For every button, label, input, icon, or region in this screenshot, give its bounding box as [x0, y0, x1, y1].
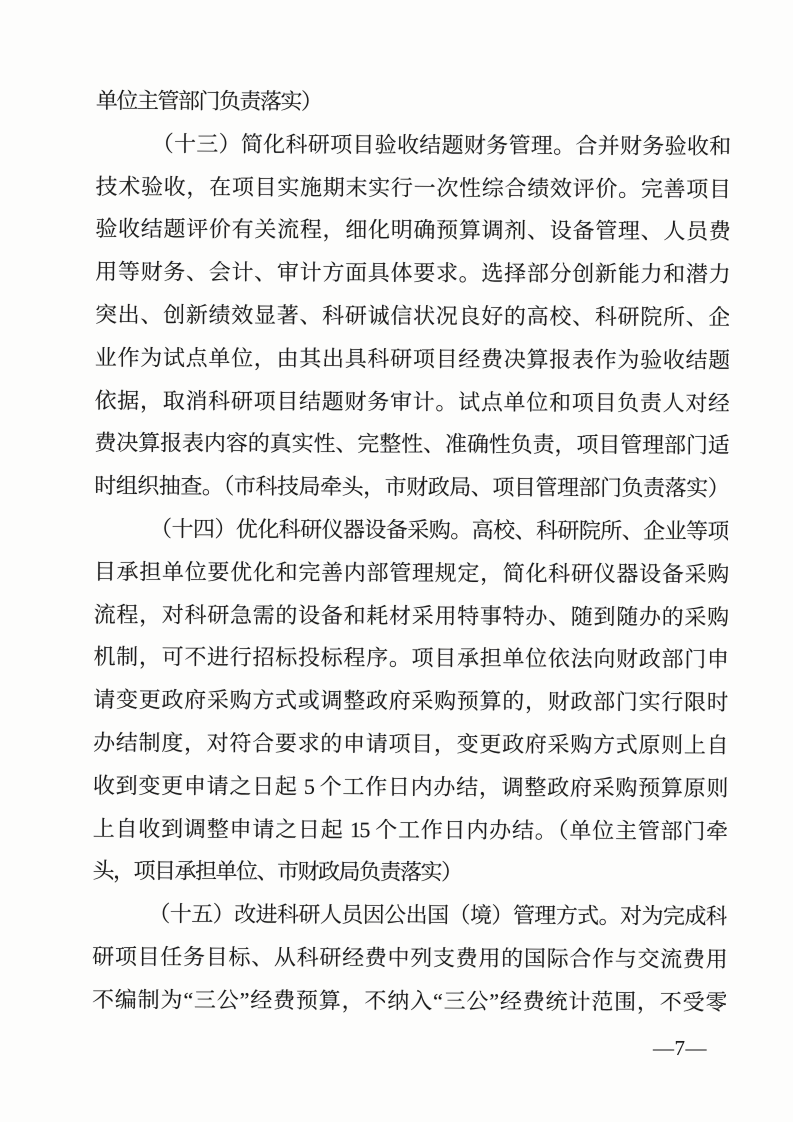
text-line: 请变更政府采购方式或调整政府采购预算的，财政部门实行限时: [93, 679, 727, 725]
page-number: —7—: [653, 1036, 707, 1061]
text-line: 办结制度，对符合要求的申请项目，变更政府采购方式原则上自: [93, 722, 727, 768]
text-line: 研项目任务目标、从科研经费中列支费用的国际合作与交流费用: [92, 936, 726, 982]
text-line: （十三）简化科研项目验收结题财务管理。合并财务验收和: [96, 123, 730, 169]
text-line: 单位主管部门负责落实）: [96, 80, 730, 126]
text-line: 突出、创新绩效显著、科研诚信状况良好的高校、科研院所、企: [95, 294, 729, 340]
text-line: 目承担单位要优化和完善内部管理规定，简化科研仪器设备采购: [94, 551, 728, 597]
text-line: 收到变更申请之日起 5 个工作日内办结，调整政府采购预算原则: [93, 765, 727, 811]
document-page: 单位主管部门负责落实） （十三）简化科研项目验收结题财务管理。合并财务验收和 技…: [0, 0, 793, 1122]
text-line: 依据，取消科研项目结题财务审计。试点单位和项目负责人对经: [95, 380, 729, 426]
text-line: （十五）改进科研人员因公出国（境）管理方式。对为完成科: [92, 893, 726, 939]
text-line: （十四）优化科研仪器设备采购。高校、科研院所、企业等项: [94, 508, 728, 554]
text-line: 技术验收，在项目实施期末实行一次性综合绩效评价。完善项目: [95, 166, 729, 212]
text-line: 用等财务、会计、审计方面具体要求。选择部分创新能力和潜力: [95, 251, 729, 297]
text-line: 流程，对科研急需的设备和耗材采用特事特办、随到随办的采购: [94, 594, 728, 640]
text-line: 验收结题评价有关流程，细化明确预算调剂、设备管理、人员费: [95, 208, 729, 254]
document-text-block: 单位主管部门负责落实） （十三）简化科研项目验收结题财务管理。合并财务验收和 技…: [92, 80, 730, 1024]
text-line: 费决算报表内容的真实性、完整性、准确性负责，项目管理部门适: [94, 422, 728, 468]
text-line: 不编制为“三公”经费预算，不纳入“三公”经费统计范围，不受零: [92, 979, 726, 1025]
text-line: 时组织抽查。（市科技局牵头，市财政局、项目管理部门负责落实）: [94, 465, 728, 511]
text-line: 上自收到调整申请之日起 15 个工作日内办结。（单位主管部门牵: [93, 808, 727, 854]
text-line: 头，项目承担单位、市财政局负责落实）: [92, 850, 726, 896]
text-line: 机制，可不进行招标投标程序。项目承担单位依法向财政部门申: [93, 636, 727, 682]
text-line: 业作为试点单位，由其出具科研项目经费决算报表作为验收结题: [95, 337, 729, 383]
